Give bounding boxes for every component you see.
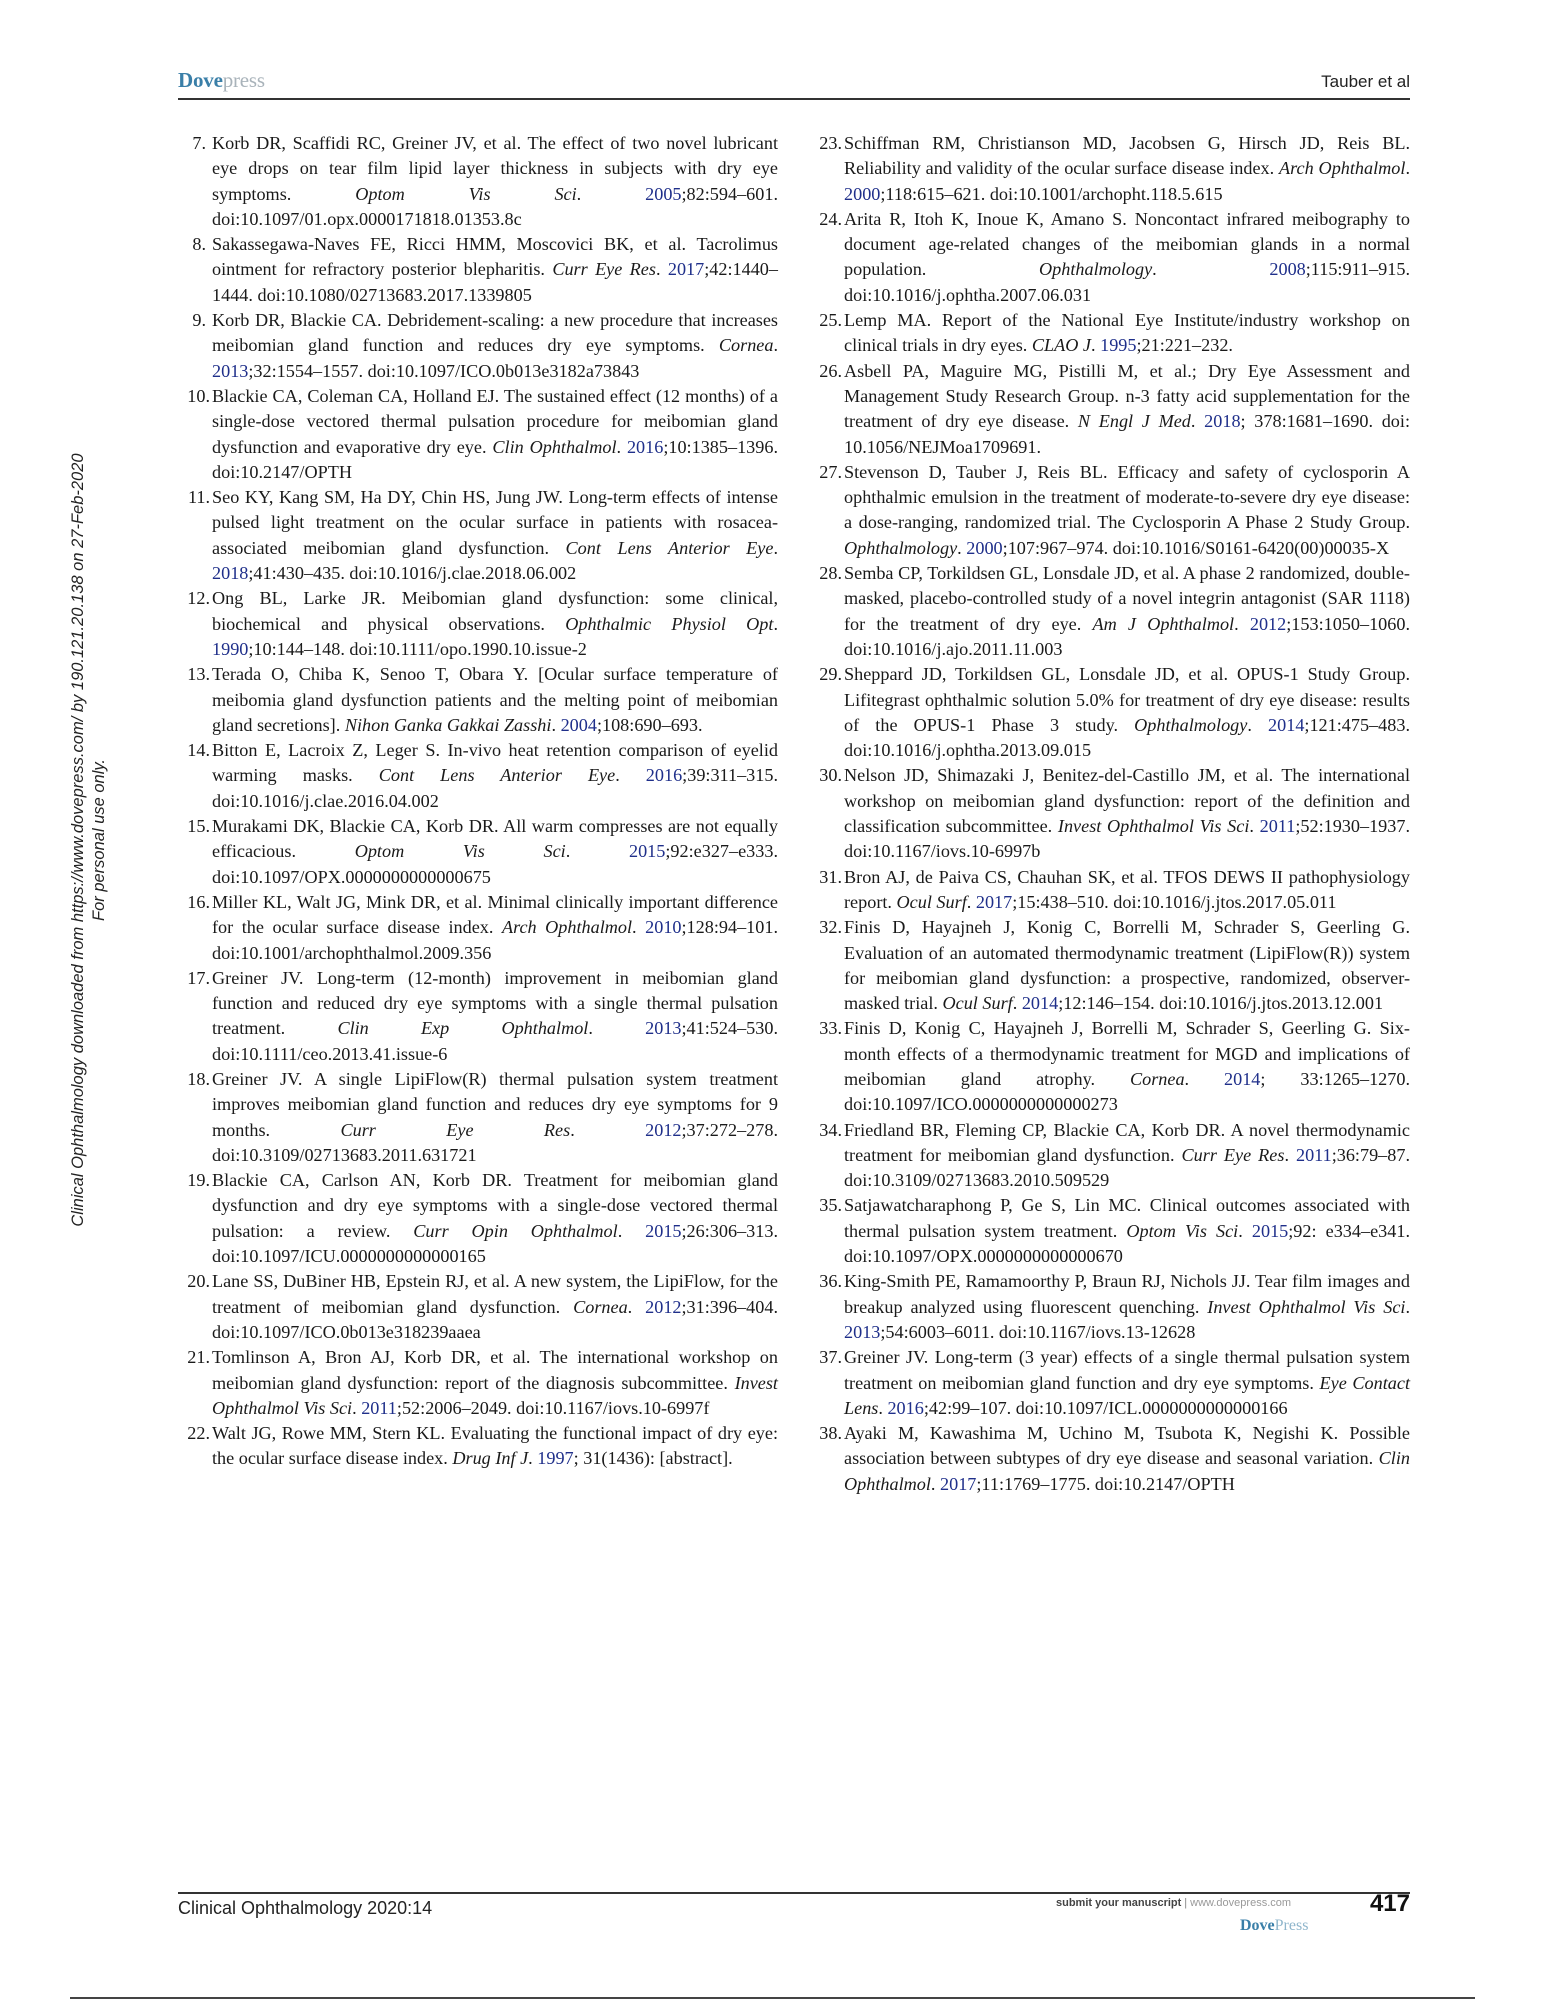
- year-link[interactable]: 2013: [645, 1018, 681, 1038]
- reference-number: 29.: [812, 662, 842, 687]
- period: .: [570, 1120, 575, 1140]
- period: .: [528, 1448, 533, 1468]
- download-notice-line2: For personal use only.: [89, 390, 110, 1290]
- dovepress-logo: Dovepress: [178, 68, 265, 93]
- citation-details: ; 31(1436): [abstract].: [574, 1448, 733, 1468]
- reference-item: 24.Arita R, Itoh K, Inoue K, Amano S. No…: [812, 207, 1410, 308]
- journal-name: Cornea: [719, 335, 774, 355]
- reference-number: 15.: [180, 814, 210, 839]
- journal-name: Nihon Ganka Gakkai Zasshi: [345, 715, 552, 735]
- brand-secondary: press: [223, 68, 265, 92]
- reference-number: 35.: [812, 1193, 842, 1218]
- reference-item: 15.Murakami DK, Blackie CA, Korb DR. All…: [180, 814, 778, 890]
- journal-issue: Clinical Ophthalmology 2020:14: [178, 1898, 432, 1919]
- journal-name: CLAO J: [1032, 335, 1091, 355]
- year-link[interactable]: 2011: [1260, 816, 1296, 836]
- running-author: Tauber et al: [1321, 72, 1410, 92]
- journal-name: Cornea: [1130, 1069, 1185, 1089]
- year-link[interactable]: 2010: [645, 917, 681, 937]
- year-link[interactable]: 1990: [212, 639, 248, 659]
- reference-item: 35.Satjawatcharaphong P, Ge S, Lin MC. C…: [812, 1193, 1410, 1269]
- period: .: [656, 259, 661, 279]
- reference-item: 37.Greiner JV. Long-term (3 year) effect…: [812, 1345, 1410, 1421]
- year-link[interactable]: 2015: [645, 1221, 681, 1241]
- citation-details: ;108:690–693.: [597, 715, 703, 735]
- reference-text: Tomlinson A, Bron AJ, Korb DR, et al. Th…: [212, 1347, 778, 1392]
- journal-name: Arch Ophthalmol: [1279, 158, 1405, 178]
- period: .: [618, 1221, 623, 1241]
- reference-item: 14.Bitton E, Lacroix Z, Leger S. In-vivo…: [180, 738, 778, 814]
- bottom-divider: [70, 1997, 1475, 1999]
- dovepress-url[interactable]: www.dovepress.com: [1190, 1897, 1291, 1909]
- reference-number: 12.: [180, 586, 210, 611]
- journal-name: Ocul Surf: [897, 892, 967, 912]
- header-divider: [178, 98, 1410, 100]
- year-link[interactable]: 2015: [629, 841, 665, 861]
- journal-name: Clin Exp Ophthalmol: [337, 1018, 588, 1038]
- reference-item: 18.Greiner JV. A single LipiFlow(R) ther…: [180, 1067, 778, 1168]
- reference-item: 30.Nelson JD, Shimazaki J, Benitez-del-C…: [812, 763, 1410, 864]
- period: .: [773, 335, 778, 355]
- brand-primary: Dove: [178, 68, 223, 92]
- journal-name: Ophthalmic Physiol Opt: [565, 614, 773, 634]
- reference-item: 21.Tomlinson A, Bron AJ, Korb DR, et al.…: [180, 1345, 778, 1421]
- journal-name: Cont Lens Anterior Eye: [379, 765, 615, 785]
- period: .: [878, 1398, 883, 1418]
- citation-details: ;54:6003–6011. doi:10.1167/iovs.13-12628: [880, 1322, 1195, 1342]
- reference-number: 13.: [180, 662, 210, 687]
- reference-number: 30.: [812, 763, 842, 788]
- reference-text: Ayaki M, Kawashima M, Uchino M, Tsubota …: [844, 1423, 1410, 1468]
- period: .: [1152, 259, 1157, 279]
- period: .: [1185, 1069, 1190, 1089]
- journal-name: Ocul Surf: [943, 993, 1013, 1013]
- reference-item: 12.Ong BL, Larke JR. Meibomian gland dys…: [180, 586, 778, 662]
- reference-number: 37.: [812, 1345, 842, 1370]
- download-notice-line1: Clinical Ophthalmology downloaded from h…: [68, 390, 89, 1290]
- reference-item: 33.Finis D, Konig C, Hayajneh J, Borrell…: [812, 1016, 1410, 1117]
- citation-details: ;42:99–107. doi:10.1097/ICL.000000000000…: [924, 1398, 1288, 1418]
- year-link[interactable]: 2013: [212, 361, 248, 381]
- references-column-left: 7.Korb DR, Scaffidi RC, Greiner JV, et a…: [180, 131, 778, 1472]
- reference-number: 26.: [812, 359, 842, 384]
- period: .: [1013, 993, 1018, 1013]
- citation-details: ;107:967–974. doi:10.1016/S0161-6420(00)…: [1003, 538, 1389, 558]
- year-link[interactable]: 2014: [1022, 993, 1058, 1013]
- year-link[interactable]: 2016: [887, 1398, 923, 1418]
- year-link[interactable]: 2015: [1252, 1221, 1288, 1241]
- year-link[interactable]: 2011: [361, 1398, 397, 1418]
- reference-item: 16.Miller KL, Walt JG, Mink DR, et al. M…: [180, 890, 778, 966]
- period: .: [551, 715, 556, 735]
- reference-number: 33.: [812, 1016, 842, 1041]
- reference-item: 29.Sheppard JD, Torkildsen GL, Lonsdale …: [812, 662, 1410, 763]
- period: .: [566, 841, 571, 861]
- reference-number: 16.: [180, 890, 210, 915]
- year-link[interactable]: 2016: [627, 437, 663, 457]
- reference-number: 25.: [812, 308, 842, 333]
- year-link[interactable]: 2011: [1296, 1145, 1332, 1165]
- period: .: [1238, 1221, 1243, 1241]
- reference-item: 28.Semba CP, Torkildsen GL, Lonsdale JD,…: [812, 561, 1410, 662]
- year-link[interactable]: 1995: [1100, 335, 1136, 355]
- reference-item: 38.Ayaki M, Kawashima M, Uchino M, Tsubo…: [812, 1421, 1410, 1497]
- reference-item: 8.Sakassegawa-Naves FE, Ricci HMM, Mosco…: [180, 232, 778, 308]
- period: .: [1191, 411, 1196, 431]
- reference-item: 27.Stevenson D, Tauber J, Reis BL. Effic…: [812, 460, 1410, 561]
- reference-item: 20.Lane SS, DuBiner HB, Epstein RJ, et a…: [180, 1269, 778, 1345]
- year-link[interactable]: 2016: [646, 765, 682, 785]
- reference-item: 19.Blackie CA, Carlson AN, Korb DR. Trea…: [180, 1168, 778, 1269]
- year-link[interactable]: 2017: [976, 892, 1012, 912]
- period: .: [1249, 816, 1254, 836]
- year-link[interactable]: 2017: [668, 259, 704, 279]
- citation-details: ;10:144–148. doi:10.1111/opo.1990.10.iss…: [248, 639, 586, 659]
- journal-name: Curr Eye Res: [341, 1120, 571, 1140]
- journal-name: Invest Ophthalmol Vis Sci: [1207, 1297, 1405, 1317]
- reference-item: 7.Korb DR, Scaffidi RC, Greiner JV, et a…: [180, 131, 778, 232]
- reference-item: 25.Lemp MA. Report of the National Eye I…: [812, 308, 1410, 359]
- journal-name: Curr Eye Res: [1182, 1145, 1285, 1165]
- reference-number: 10.: [180, 384, 210, 409]
- year-link[interactable]: 2018: [1204, 411, 1240, 431]
- year-link[interactable]: 2012: [1250, 614, 1286, 634]
- year-link[interactable]: 2018: [212, 563, 248, 583]
- journal-name: Optom Vis Sci: [355, 841, 566, 861]
- year-link[interactable]: 2008: [1269, 259, 1305, 279]
- reference-item: 26.Asbell PA, Maguire MG, Pistilli M, et…: [812, 359, 1410, 460]
- journal-name: Curr Opin Ophthalmol: [413, 1221, 617, 1241]
- reference-number: 22.: [180, 1421, 210, 1446]
- reference-number: 11.: [180, 485, 210, 510]
- year-link[interactable]: 2013: [844, 1322, 880, 1342]
- page-number: 417: [1370, 1890, 1410, 1918]
- citation-details: ;12:146–154. doi:10.1016/j.jtos.2013.12.…: [1058, 993, 1383, 1013]
- citation-details: ;21:221–232.: [1136, 335, 1233, 355]
- reference-number: 24.: [812, 207, 842, 232]
- period: .: [577, 184, 582, 204]
- year-link[interactable]: 2004: [561, 715, 597, 735]
- reference-item: 10.Blackie CA, Coleman CA, Holland EJ. T…: [180, 384, 778, 485]
- journal-name: N Engl J Med: [1078, 411, 1191, 431]
- references-column-right: 23.Schiffman RM, Christianson MD, Jacobs…: [812, 131, 1410, 1497]
- reference-item: 17.Greiner JV. Long-term (12-month) impr…: [180, 966, 778, 1067]
- period: .: [1234, 614, 1239, 634]
- year-link[interactable]: 2012: [645, 1120, 681, 1140]
- period: .: [1405, 158, 1410, 178]
- reference-item: 11.Seo KY, Kang SM, Ha DY, Chin HS, Jung…: [180, 485, 778, 586]
- period: .: [773, 538, 778, 558]
- page-header: Dovepress Tauber et al: [178, 68, 1410, 98]
- journal-name: Invest Ophthalmol Vis Sci: [1058, 816, 1249, 836]
- period: .: [957, 538, 962, 558]
- year-link[interactable]: 1997: [537, 1448, 573, 1468]
- dovepress-footer-logo: DovePress: [1240, 1917, 1308, 1935]
- reference-number: 8.: [176, 232, 206, 257]
- citation-details: ;11:1769–1775. doi:10.2147/OPTH: [976, 1474, 1235, 1494]
- citation-details: ;15:438–510. doi:10.1016/j.jtos.2017.05.…: [1012, 892, 1336, 912]
- period: .: [617, 437, 622, 457]
- reference-number: 34.: [812, 1118, 842, 1143]
- journal-name: Am J Ophthalmol: [1092, 614, 1234, 634]
- journal-name: Cont Lens Anterior Eye: [566, 538, 774, 558]
- reference-item: 22.Walt JG, Rowe MM, Stern KL. Evaluatin…: [180, 1421, 778, 1472]
- year-link[interactable]: 2014: [1268, 715, 1304, 735]
- separator: |: [1184, 1897, 1187, 1909]
- journal-name: Optom Vis Sci: [355, 184, 576, 204]
- reference-number: 20.: [180, 1269, 210, 1294]
- reference-item: 13.Terada O, Chiba K, Senoo T, Obara Y. …: [180, 662, 778, 738]
- footer-brand-secondary: Press: [1275, 1917, 1309, 1934]
- reference-number: 9.: [176, 308, 206, 333]
- journal-name: Drug Inf J: [452, 1448, 528, 1468]
- reference-number: 7.: [176, 131, 206, 156]
- citation-details: ;32:1554–1557. doi:10.1097/ICO.0b013e318…: [248, 361, 639, 381]
- period: .: [931, 1474, 936, 1494]
- reference-number: 36.: [812, 1269, 842, 1294]
- period: .: [1247, 715, 1252, 735]
- reference-text: Stevenson D, Tauber J, Reis BL. Efficacy…: [844, 462, 1410, 533]
- reference-number: 28.: [812, 561, 842, 586]
- period: .: [632, 917, 637, 937]
- journal-name: Optom Vis Sci: [1126, 1221, 1238, 1241]
- download-notice: Clinical Ophthalmology downloaded from h…: [68, 390, 110, 1290]
- submit-label[interactable]: submit your manuscript: [1056, 1897, 1181, 1909]
- citation-details: ;118:615–621. doi:10.1001/archopht.118.5…: [880, 184, 1222, 204]
- reference-number: 21.: [180, 1345, 210, 1370]
- journal-name: Clin Ophthalmol: [492, 437, 616, 457]
- journal-name: Ophthalmology: [844, 538, 957, 558]
- period: .: [615, 765, 620, 785]
- journal-name: Ophthalmology: [1134, 715, 1247, 735]
- reference-number: 38.: [812, 1421, 842, 1446]
- reference-item: 31.Bron AJ, de Paiva CS, Chauhan SK, et …: [812, 865, 1410, 916]
- period: .: [1405, 1297, 1410, 1317]
- journal-name: Curr Eye Res: [552, 259, 656, 279]
- footer-divider: [178, 1892, 1410, 1894]
- reference-number: 14.: [180, 738, 210, 763]
- year-link[interactable]: 2017: [940, 1474, 976, 1494]
- reference-number: 31.: [812, 865, 842, 890]
- reference-item: 34.Friedland BR, Fleming CP, Blackie CA,…: [812, 1118, 1410, 1194]
- reference-number: 32.: [812, 915, 842, 940]
- year-link[interactable]: 2012: [645, 1297, 681, 1317]
- citation-details: ;52:2006–2049. doi:10.1167/iovs.10-6997f: [397, 1398, 710, 1418]
- year-link[interactable]: 2000: [844, 184, 880, 204]
- reference-item: 36.King-Smith PE, Ramamoorthy P, Braun R…: [812, 1269, 1410, 1345]
- year-link[interactable]: 2014: [1224, 1069, 1260, 1089]
- submit-manuscript-link[interactable]: submit your manuscript|www.dovepress.com: [1056, 1897, 1291, 1909]
- reference-number: 18.: [180, 1067, 210, 1092]
- reference-item: 32.Finis D, Hayajneh J, Konig C, Borrell…: [812, 915, 1410, 1016]
- period: .: [352, 1398, 357, 1418]
- journal-name: Cornea: [573, 1297, 628, 1317]
- reference-item: 9.Korb DR, Blackie CA. Debridement-scali…: [180, 308, 778, 384]
- reference-item: 23.Schiffman RM, Christianson MD, Jacobs…: [812, 131, 1410, 207]
- reference-number: 19.: [180, 1168, 210, 1193]
- period: .: [1091, 335, 1096, 355]
- period: .: [1284, 1145, 1289, 1165]
- reference-text: Korb DR, Blackie CA. Debridement-scaling…: [212, 310, 778, 355]
- year-link[interactable]: 2000: [966, 538, 1002, 558]
- journal-name: Ophthalmology: [1039, 259, 1152, 279]
- reference-number: 17.: [180, 966, 210, 991]
- footer-brand-primary: Dove: [1240, 1917, 1275, 1934]
- period: .: [628, 1297, 633, 1317]
- journal-name: Arch Ophthalmol: [502, 917, 632, 937]
- period: .: [588, 1018, 593, 1038]
- year-link[interactable]: 2005: [645, 184, 681, 204]
- period: .: [967, 892, 972, 912]
- reference-number: 23.: [812, 131, 842, 156]
- reference-number: 27.: [812, 460, 842, 485]
- citation-details: ;41:430–435. doi:10.1016/j.clae.2018.06.…: [248, 563, 576, 583]
- period: .: [773, 614, 778, 634]
